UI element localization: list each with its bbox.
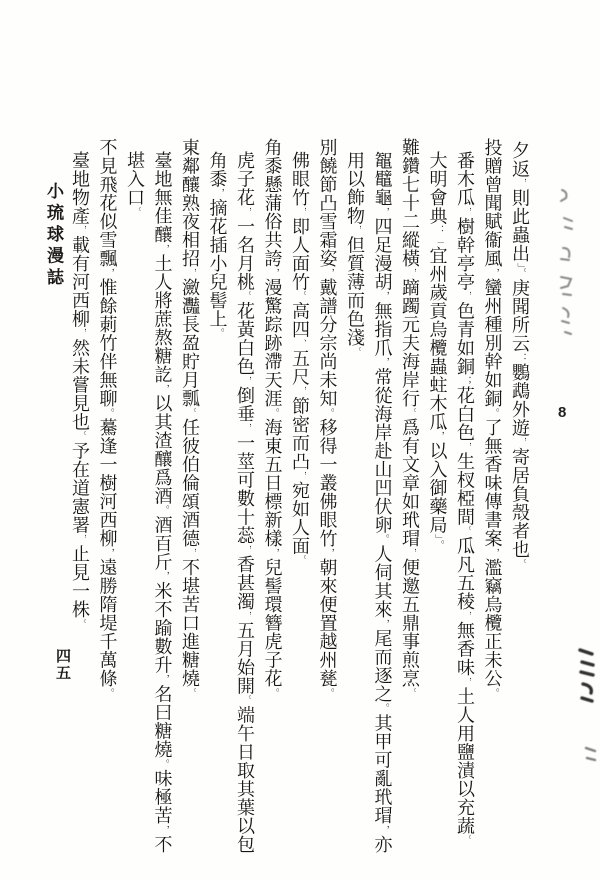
- annotation-column: 佛眼竹，即人面竹。高四、五尺，節密而凸，宛如人面。: [286, 151, 315, 566]
- annotation-column: 用以飾物，但質薄而色淺。: [341, 151, 370, 357]
- poem-column: 難鑽七十二縱橫，蹢躅元夫海岸行。爲有文章如玳瑁，便邀五鼎事煎烹。: [396, 138, 425, 698]
- annotation-column: 鼅鼊龜，四足漫胡，無指爪，常從海岸赴山凹伏卵。人伺其來，尾而逐之。其甲可亂玳瑁，…: [368, 151, 397, 854]
- poem-column: 別饒節凸雪霜姿，戴譜分宗尚未知。移得一叢佛眼竹，朝來便置越州甆。: [313, 138, 342, 698]
- poem-column: 角黍懸蒲俗共誇，漫驚踪跡滯天涯。海東五日標新樣，兒髻環簪虎子花。: [258, 138, 287, 698]
- edge-number: 8: [558, 404, 566, 421]
- page-number: 四五: [51, 648, 73, 682]
- scanned-book-page: 8 夕返，則此蟲出」。庚聞所云：鸚鵡外遊，寄居負殼者也。 投贈曾聞賦衞風，蠻州種…: [0, 0, 600, 881]
- annotation-column: 臺地物產，載有河西柳，然未嘗見也。予在道憲署，止見一株。: [66, 151, 95, 629]
- prose-column: 夕返，則此蟲出」。庚聞所云：鸚鵡外遊，寄居負殼者也。: [506, 141, 535, 569]
- annotation-column: 番木瓜，樹幹亭亭，色青如銅；花白色，生杈椏間。瓜凡五稜，無香味，土人用鹽漬以充蔬…: [451, 151, 480, 846]
- annotation-column: 堪入口。: [121, 151, 150, 217]
- poem-column: 不見飛花似雪飄，惟餘莿竹伴無聊。驀逢一樹河西柳，遠勝隋堤千萬條。: [93, 138, 122, 698]
- annotation-column: 臺地無佳釀，土人將蔗熬糖訖，以其渣釀爲酒。酒百斤，米不踰數升，名曰糖燒。味極苦，…: [148, 151, 177, 854]
- annotation-column: 角黍，摘花插小兒髻上。: [203, 151, 232, 339]
- page-edge-ink-marks: [550, 0, 600, 881]
- poem-column: 投贈曾聞賦衞風，蠻州種別幹如銅。了無香味傳書案，濫竊烏欖正未公。: [478, 138, 507, 698]
- running-title: 小琉球漫誌: [40, 182, 66, 290]
- poem-column: 東鄰釀熟夜相招，瀲灩長盈貯月瓢。任彼伯倫頌酒德，不堪苦口進糖燒。: [176, 138, 205, 698]
- annotation-column: 大明會典：「宜州歲貢烏欖蟲蛀木瓜，以入御藥局」。: [423, 151, 452, 550]
- annotation-column: 虎子花，一名月桃。花黃白色，倒垂，一莖可數十蕊，香甚濁，五月始開。端午日取其葉以…: [231, 151, 260, 854]
